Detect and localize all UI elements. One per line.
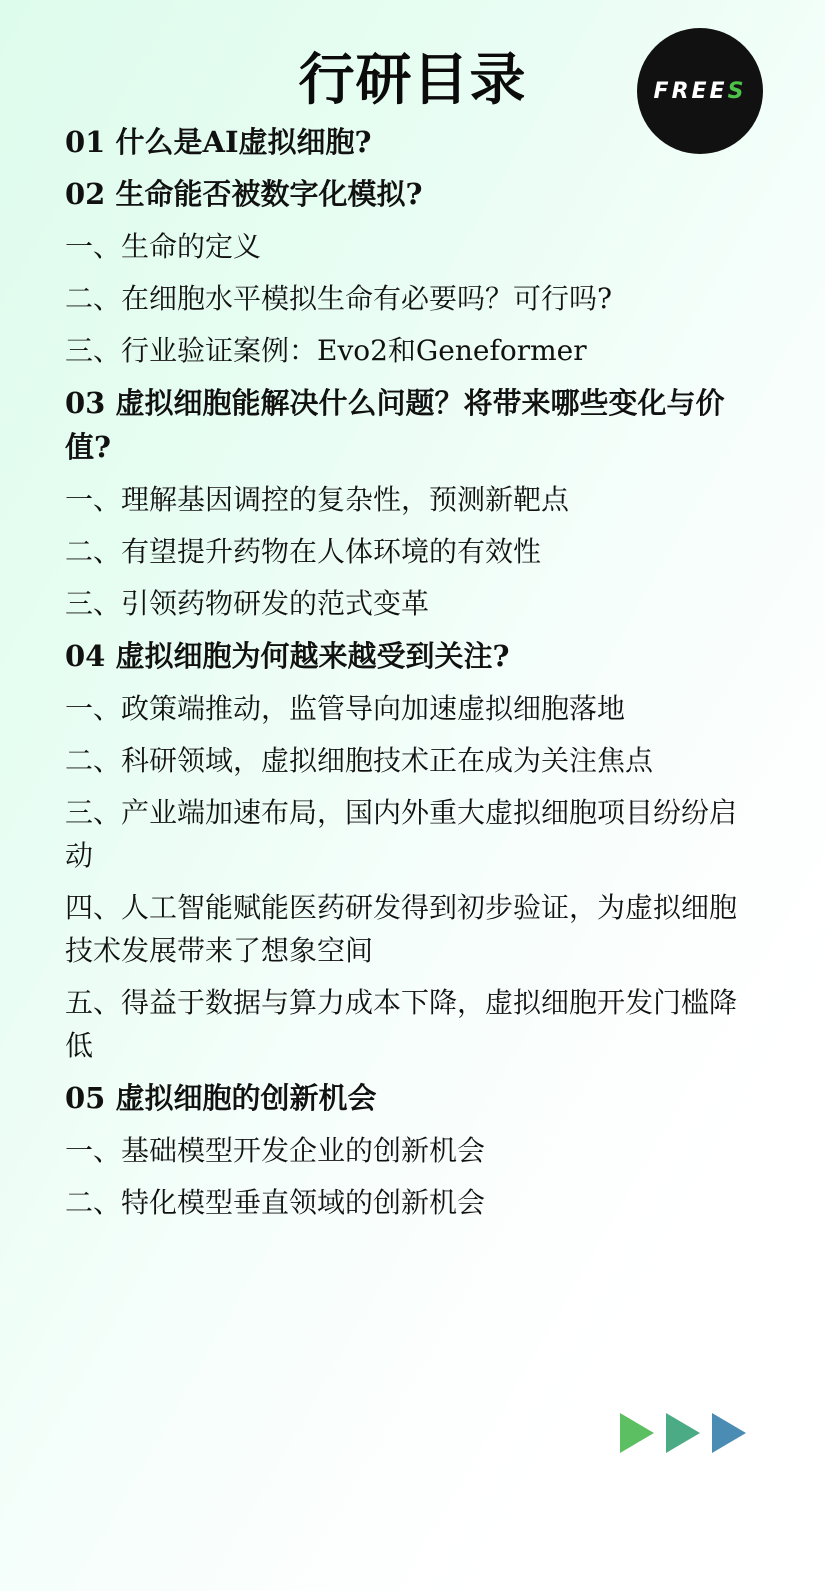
logo-text-main: FREE xyxy=(654,79,728,104)
table-of-contents: 01 什么是AI虚拟细胞? 02 生命能否被数字化模拟? 一、生命的定义 二、在… xyxy=(65,112,755,1233)
toc-item: 五、得益于数据与算力成本下降，虚拟细胞开发门槛降低 xyxy=(65,981,755,1067)
toc-item: 一、政策端推动，监管导向加速虚拟细胞落地 xyxy=(65,687,755,730)
toc-item: 三、引领药物研发的范式变革 xyxy=(65,582,755,625)
toc-item: 一、理解基因调控的复杂性，预测新靶点 xyxy=(65,478,755,521)
toc-item: 四、人工智能赋能医药研发得到初步验证，为虚拟细胞技术发展带来了想象空间 xyxy=(65,886,755,972)
arrow-decoration xyxy=(620,1413,746,1453)
toc-item: 一、生命的定义 xyxy=(65,225,755,268)
play-arrow-icon xyxy=(620,1413,654,1453)
toc-section-04: 04 虚拟细胞为何越来越受到关注? xyxy=(65,634,755,678)
toc-section-01: 01 什么是AI虚拟细胞? xyxy=(65,120,755,164)
toc-item: 二、有望提升药物在人体环境的有效性 xyxy=(65,530,755,573)
play-arrow-icon xyxy=(666,1413,700,1453)
toc-section-03: 03 虚拟细胞能解决什么问题？将带来哪些变化与价值? xyxy=(65,381,755,469)
toc-item: 三、行业验证案例：Evo2和Geneformer xyxy=(65,329,755,372)
toc-item: 二、科研领域，虚拟细胞技术正在成为关注焦点 xyxy=(65,739,755,782)
play-arrow-icon xyxy=(712,1413,746,1453)
toc-section-02: 02 生命能否被数字化模拟? xyxy=(65,172,755,216)
toc-section-05: 05 虚拟细胞的创新机会 xyxy=(65,1076,755,1120)
toc-item: 三、产业端加速布局，国内外重大虚拟细胞项目纷纷启动 xyxy=(65,791,755,877)
toc-item: 二、在细胞水平模拟生命有必要吗？可行吗? xyxy=(65,277,755,320)
logo-text: FREES xyxy=(654,79,747,104)
toc-item: 一、基础模型开发企业的创新机会 xyxy=(65,1129,755,1172)
toc-item: 二、特化模型垂直领域的创新机会 xyxy=(65,1181,755,1224)
logo-text-accent: S xyxy=(728,79,747,104)
